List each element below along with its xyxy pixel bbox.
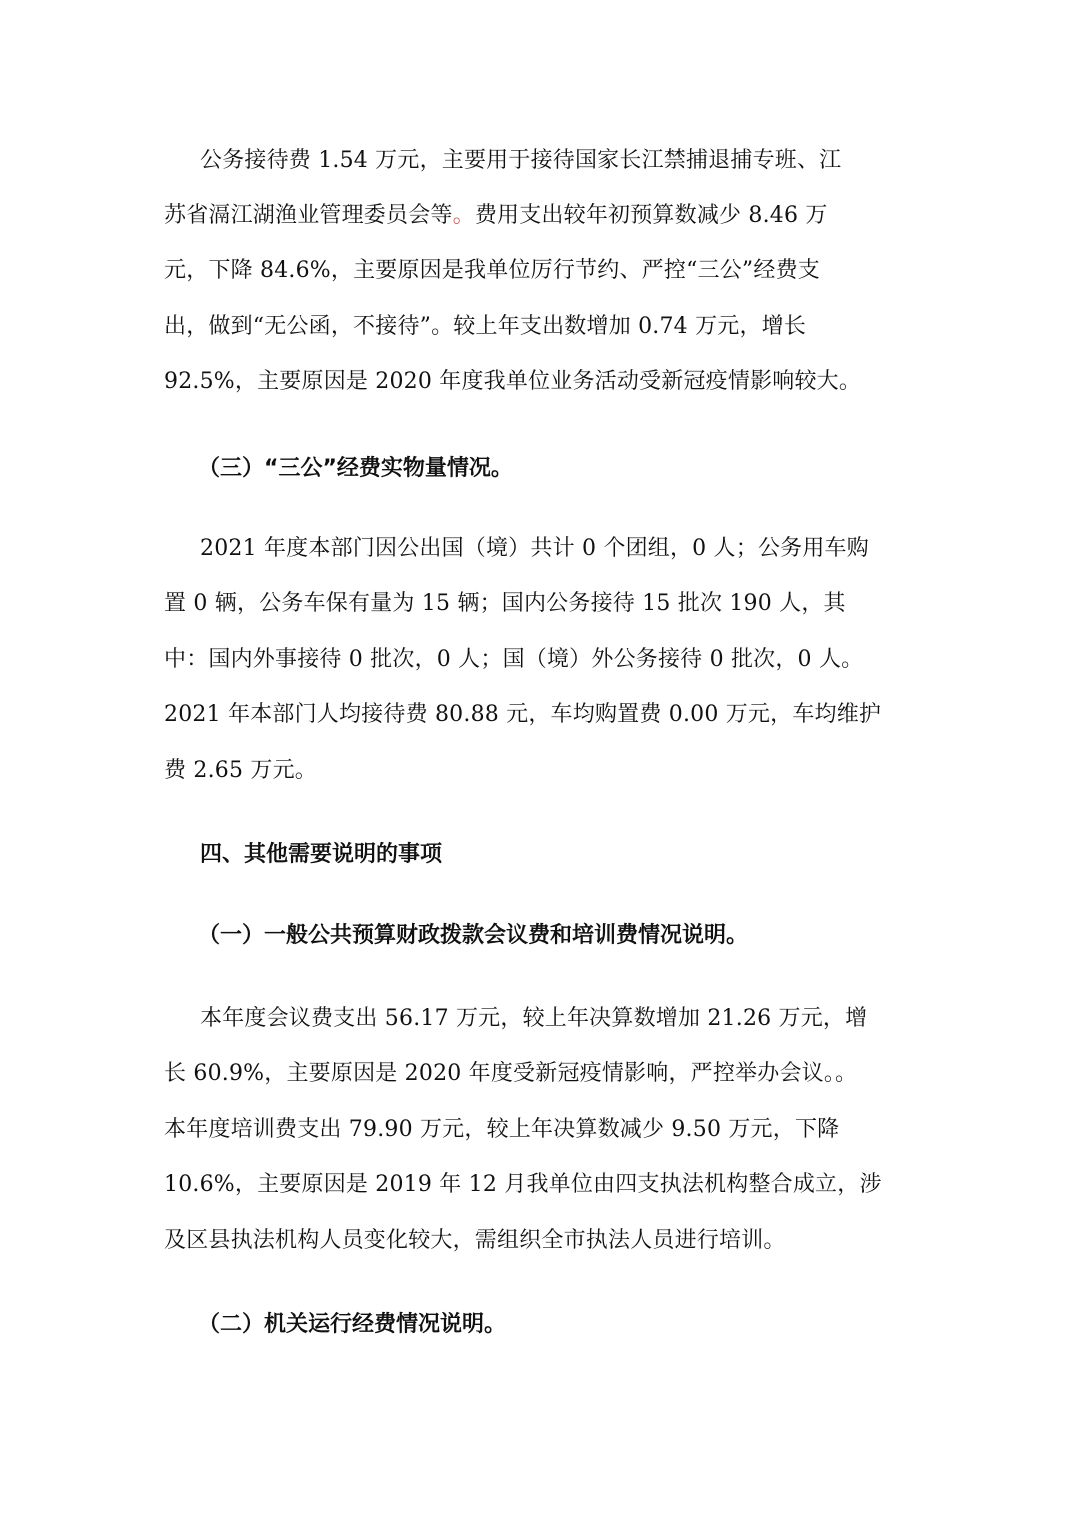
section-heading-4: 四、其他需要说明的事项 xyxy=(200,840,442,870)
section-heading-4-1: （一）一般公共预算财政拨款会议费和培训费情况说明。 xyxy=(198,921,748,951)
paragraph-3-line-1: 本年度会议费支出 56.17 万元，较上年决算数增加 21.26 万元，增 xyxy=(200,1004,867,1034)
section-heading-4-2: （二）机关运行经费情况说明。 xyxy=(198,1310,506,1340)
paragraph-3-line-3: 本年度培训费支出 79.90 万元，较上年决算数减少 9.50 万元，下降 xyxy=(164,1115,839,1145)
section-heading-3: （三）“三公”经费实物量情况。 xyxy=(198,454,513,484)
paragraph-2-line-2: 置 0 辆，公务车保有量为 15 辆；国内公务接待 15 批次 190 人，其 xyxy=(164,589,846,619)
paragraph-1-line-1: 公务接待费 1.54 万元，主要用于接待国家长江禁捕退捕专班、江 xyxy=(200,146,841,176)
paragraph-1-line-2-tail: 费用支出较年初预算数减少 8.46 万 xyxy=(475,203,828,228)
red-period-mark: 。 xyxy=(453,203,475,228)
paragraph-1-line-2: 苏省滆江湖渔业管理委员会等。费用支出较年初预算数减少 8.46 万 xyxy=(164,201,828,231)
paragraph-3-line-2: 长 60.9%，主要原因是 2020 年度受新冠疫情影响，严控举办会议。。 xyxy=(164,1059,857,1089)
paragraph-2-line-3: 中：国内外事接待 0 批次，0 人；国（境）外公务接待 0 批次，0 人。 xyxy=(164,645,863,675)
paragraph-1-line-4: 出，做到“无公函，不接待”。较上年支出数增加 0.74 万元，增长 xyxy=(164,312,806,342)
paragraph-2-line-5: 费 2.65 万元。 xyxy=(164,756,317,786)
paragraph-2-line-4: 2021 年本部门人均接待费 80.88 元，车均购置费 0.00 万元，车均维… xyxy=(164,700,881,730)
paragraph-3-line-5: 及区县执法机构人员变化较大，需组织全市执法人员进行培训。 xyxy=(164,1226,786,1256)
paragraph-1-line-5: 92.5%，主要原因是 2020 年度我单位业务活动受新冠疫情影响较大。 xyxy=(164,367,861,397)
paragraph-1-line-2-text: 苏省滆江湖渔业管理委员会等 xyxy=(164,203,453,228)
document-page: 公务接待费 1.54 万元，主要用于接待国家长江禁捕退捕专班、江 苏省滆江湖渔业… xyxy=(0,0,1074,1520)
paragraph-1-line-3: 元，下降 84.6%，主要原因是我单位厉行节约、严控“三公”经费支 xyxy=(164,256,820,286)
paragraph-2-line-1: 2021 年度本部门因公出国（境）共计 0 个团组，0 人；公务用车购 xyxy=(200,534,869,564)
paragraph-3-line-4: 10.6%，主要原因是 2019 年 12 月我单位由四支执法机构整合成立，涉 xyxy=(164,1170,882,1200)
